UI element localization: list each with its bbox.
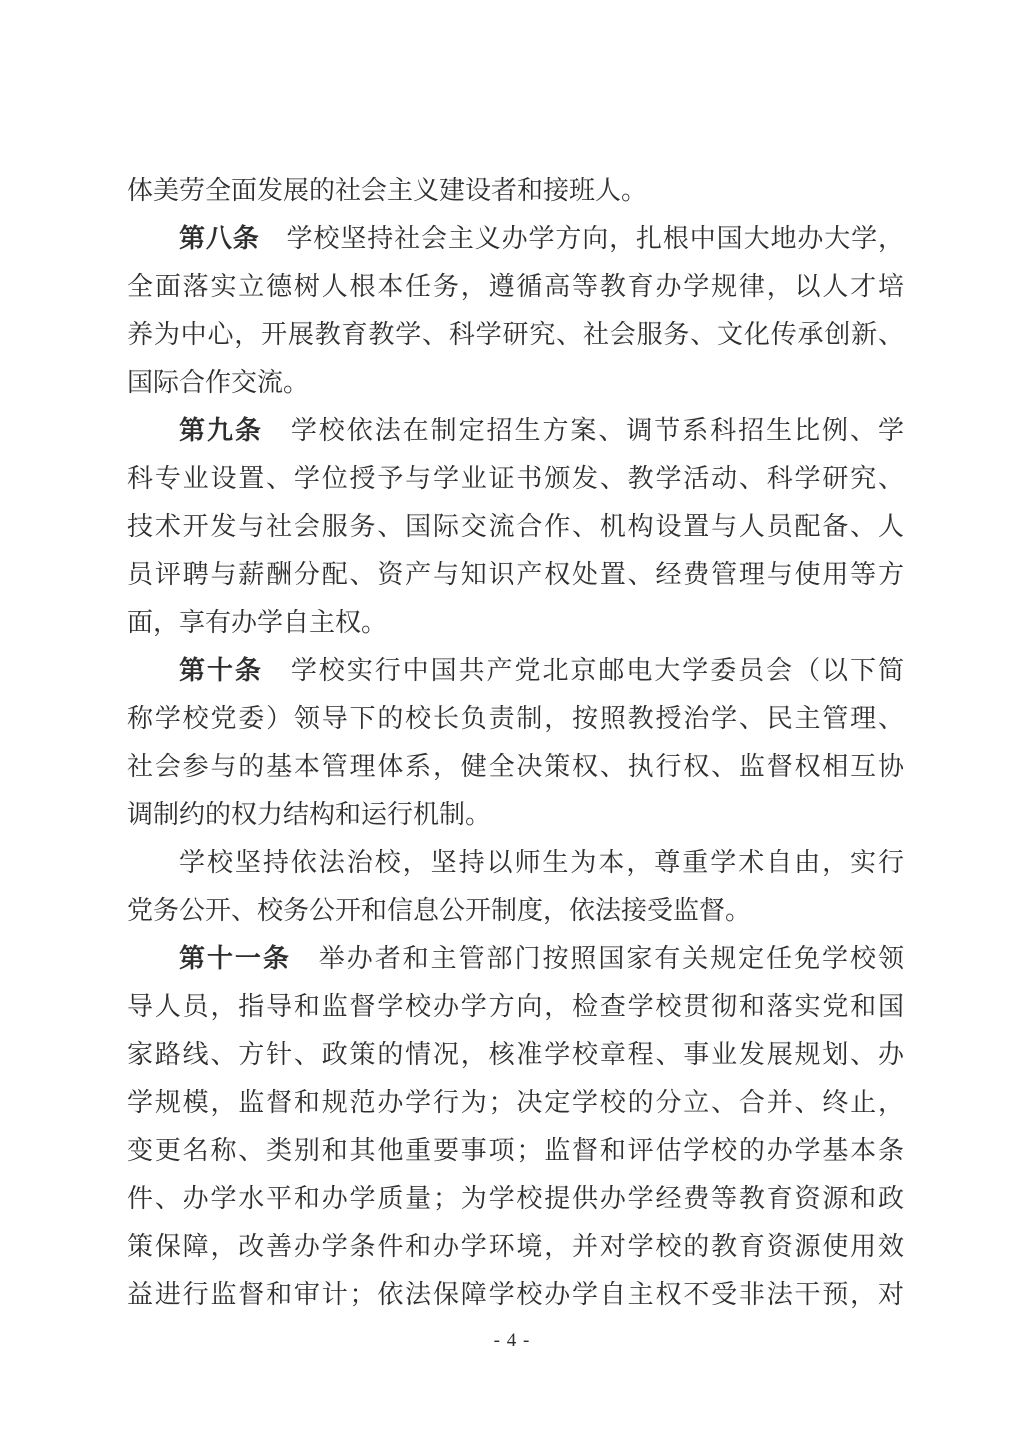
article-number: 第九条: [179, 416, 291, 445]
body-text: 益进行监督和审计；依法保障学校办学自主权不受非法干预，对: [127, 1280, 904, 1309]
text-line: 面，享有办学自主权。: [127, 599, 904, 647]
body-text: 导人员，指导和监督学校办学方向，检查学校贯彻和落实党和国: [127, 992, 904, 1021]
body-text: 件、办学水平和办学质量；为学校提供办学经费等教育资源和政: [127, 1184, 904, 1213]
page-number: - 4 -: [0, 1330, 1024, 1352]
body-text: 举办者和主管部门按照国家有关规定任免学校领: [319, 944, 904, 973]
body-text: 社会参与的基本管理体系，健全决策权、执行权、监督权相互协: [127, 752, 904, 781]
text-line: 件、办学水平和办学质量；为学校提供办学经费等教育资源和政: [127, 1175, 904, 1223]
body-text: 学校坚持社会主义办学方向，扎根中国大地办大学，: [287, 224, 904, 253]
document-body: 体美劳全面发展的社会主义建设者和接班人。第八条 学校坚持社会主义办学方向，扎根中…: [127, 167, 904, 1319]
text-line: 技术开发与社会服务、国际交流合作、机构设置与人员配备、人: [127, 503, 904, 551]
body-text: 国际合作交流。: [127, 368, 309, 397]
body-text: 技术开发与社会服务、国际交流合作、机构设置与人员配备、人: [127, 512, 904, 541]
body-text: 策保障，改善办学条件和办学环境，并对学校的教育资源使用效: [127, 1232, 904, 1261]
body-text: 学校依法在制定招生方案、调节系科招生比例、学: [291, 416, 904, 445]
body-text: 养为中心，开展教育教学、科学研究、社会服务、文化传承创新、: [127, 320, 904, 349]
text-line: 导人员，指导和监督学校办学方向，检查学校贯彻和落实党和国: [127, 983, 904, 1031]
body-text: 称学校党委）领导下的校长负责制，按照教授治学、民主管理、: [127, 704, 904, 733]
text-line: 调制约的权力结构和运行机制。: [127, 791, 904, 839]
body-text: 全面落实立德树人根本任务，遵循高等教育办学规律，以人才培: [127, 272, 904, 301]
article-number: 第十一条: [179, 944, 319, 973]
text-line: 第九条 学校依法在制定招生方案、调节系科招生比例、学: [127, 407, 904, 455]
text-line: 第十条 学校实行中国共产党北京邮电大学委员会（以下简: [127, 647, 904, 695]
text-line: 益进行监督和审计；依法保障学校办学自主权不受非法干预，对: [127, 1271, 904, 1319]
text-line: 国际合作交流。: [127, 359, 904, 407]
body-text: 体美劳全面发展的社会主义建设者和接班人。: [127, 176, 647, 205]
body-text: 党务公开、校务公开和信息公开制度，依法接受监督。: [127, 896, 751, 925]
document-page: 体美劳全面发展的社会主义建设者和接班人。第八条 学校坚持社会主义办学方向，扎根中…: [0, 0, 1024, 1447]
text-line: 全面落实立德树人根本任务，遵循高等教育办学规律，以人才培: [127, 263, 904, 311]
body-text: 面，享有办学自主权。: [127, 608, 387, 637]
body-text: 家路线、方针、政策的情况，核准学校章程、事业发展规划、办: [127, 1040, 904, 1069]
body-text: 调制约的权力结构和运行机制。: [127, 800, 491, 829]
body-text: 学校坚持依法治校，坚持以师生为本，尊重学术自由，实行: [179, 848, 904, 877]
body-text: 科专业设置、学位授予与学业证书颁发、教学活动、科学研究、: [127, 464, 904, 493]
text-line: 家路线、方针、政策的情况，核准学校章程、事业发展规划、办: [127, 1031, 904, 1079]
article-number: 第十条: [179, 656, 291, 685]
text-line: 第八条 学校坚持社会主义办学方向，扎根中国大地办大学，: [127, 215, 904, 263]
text-line: 变更名称、类别和其他重要事项；监督和评估学校的办学基本条: [127, 1127, 904, 1175]
text-line: 社会参与的基本管理体系，健全决策权、执行权、监督权相互协: [127, 743, 904, 791]
text-line: 养为中心，开展教育教学、科学研究、社会服务、文化传承创新、: [127, 311, 904, 359]
text-line: 第十一条 举办者和主管部门按照国家有关规定任免学校领: [127, 935, 904, 983]
text-line: 称学校党委）领导下的校长负责制，按照教授治学、民主管理、: [127, 695, 904, 743]
body-text: 变更名称、类别和其他重要事项；监督和评估学校的办学基本条: [127, 1136, 904, 1165]
body-text: 员评聘与薪酬分配、资产与知识产权处置、经费管理与使用等方: [127, 560, 904, 589]
text-line: 体美劳全面发展的社会主义建设者和接班人。: [127, 167, 904, 215]
body-text: 学校实行中国共产党北京邮电大学委员会（以下简: [291, 656, 904, 685]
text-line: 学校坚持依法治校，坚持以师生为本，尊重学术自由，实行: [127, 839, 904, 887]
text-line: 科专业设置、学位授予与学业证书颁发、教学活动、科学研究、: [127, 455, 904, 503]
text-line: 策保障，改善办学条件和办学环境，并对学校的教育资源使用效: [127, 1223, 904, 1271]
body-text: 学规模，监督和规范办学行为；决定学校的分立、合并、终止，: [127, 1088, 904, 1117]
text-line: 党务公开、校务公开和信息公开制度，依法接受监督。: [127, 887, 904, 935]
article-number: 第八条: [179, 224, 287, 253]
text-line: 学规模，监督和规范办学行为；决定学校的分立、合并、终止，: [127, 1079, 904, 1127]
text-line: 员评聘与薪酬分配、资产与知识产权处置、经费管理与使用等方: [127, 551, 904, 599]
